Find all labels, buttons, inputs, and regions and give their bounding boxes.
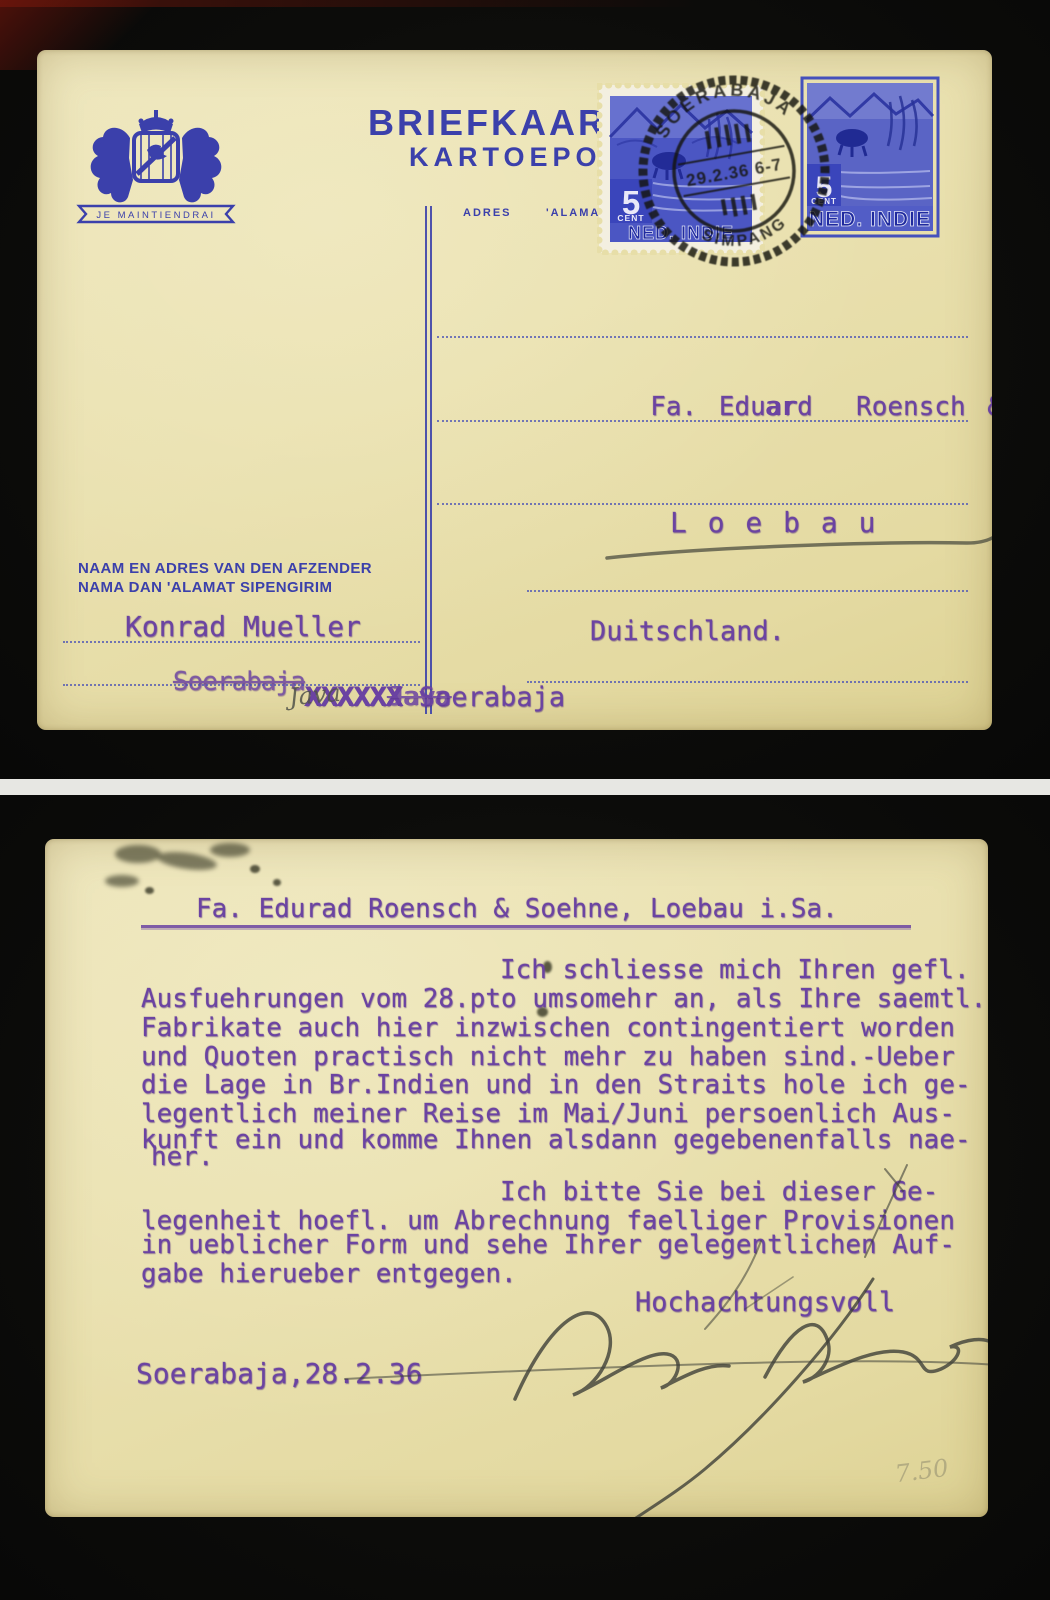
body-line: Ausfuehrungen vom 28.pto umsomehr an, al… [141, 984, 986, 1014]
body-line: und Quoten practisch nicht mehr zu haben… [141, 1042, 955, 1072]
ink-speck [250, 865, 260, 873]
body-line: in ueblicher Form und sehe Ihrer gelegen… [141, 1230, 955, 1260]
back-header: Fa. Edurad Roensch & Soehne, Loebau i.Sa… [196, 894, 838, 924]
motto-text: JE MAINTIENDRAI [96, 210, 215, 221]
back-scan: Fa. Edurad Roensch & Soehne, Loebau i.Sa… [0, 795, 1050, 1600]
postcard-front: JE MAINTIENDRAI BRIEFKAART KARTOEPOS ADR… [37, 50, 992, 730]
sender-rule-1 [63, 641, 420, 643]
sender-city-struck: Soerabaja [173, 667, 305, 697]
ink-smudge [210, 843, 250, 857]
address-rule-1 [437, 336, 968, 338]
body-line: gabe hierueber entgegen. [141, 1259, 517, 1289]
body-line: kunft ein und komme Ihnen alsdann gegebe… [141, 1125, 971, 1155]
coat-of-arms: JE MAINTIENDRAI [75, 108, 237, 226]
postcard-back: Fa. Edurad Roensch & Soehne, Loebau i.Sa… [45, 839, 988, 1517]
front-scan: JE MAINTIENDRAI BRIEFKAART KARTOEPOS ADR… [0, 0, 1050, 779]
card-title-malay: KARTOEPOS [409, 142, 625, 173]
ink-smudge [105, 875, 139, 887]
pencil-price-note: 7.50 [893, 1454, 949, 1488]
divider-line-left [425, 206, 427, 714]
addressee-post: d Roensch & Soehne [797, 392, 992, 422]
scan-red-strip [0, 0, 700, 7]
card-title-dutch: BRIEFKAART [368, 102, 632, 144]
back-header-underline [141, 925, 911, 928]
addressee-line: Fa. Eduard Roensch & Soehne [477, 362, 992, 452]
ink-smudge [156, 849, 218, 873]
body-line: die Lage in Br.Indien und in den Straits… [141, 1070, 971, 1100]
address-rule-5 [527, 681, 968, 683]
adres-label: ADRES [463, 207, 512, 219]
closing: Hochachtungsvoll [635, 1287, 895, 1318]
address-rule-4 [527, 590, 968, 592]
ink-smudge [115, 845, 161, 863]
address-rule-3 [437, 503, 968, 505]
sender-label-malay: NAMA DAN 'ALAMAT SIPENGIRIM [78, 579, 332, 596]
body-line: Ich schliesse mich Ihren gefl. [500, 955, 970, 985]
body-line: her. [151, 1142, 214, 1172]
postmark: SOERABAJA SIMPANG 29.2.36 6-7 [628, 65, 840, 277]
scan-separator [0, 779, 1050, 795]
ink-speck [145, 887, 154, 894]
addressee-city: L o e b a u [670, 506, 877, 539]
body-line: Ich bitte Sie bei dieser Ge- [500, 1177, 938, 1207]
island-typed-struck: Java [388, 682, 451, 712]
sender-name: Konrad Mueller [125, 610, 361, 643]
photo-canvas: JE MAINTIENDRAI BRIEFKAART KARTOEPOS ADR… [0, 0, 1050, 1600]
addressee-country: Duitschland. [590, 616, 785, 647]
sender-rule-2 [63, 684, 420, 686]
body-line: Fabrikate auch hier inzwischen contingen… [141, 1013, 955, 1043]
divider-line-right [430, 206, 432, 714]
island-handwritten: Java [288, 679, 342, 711]
ink-speck [273, 879, 281, 886]
addressee-overstrike: ar [766, 392, 797, 422]
sender-label-dutch: NAAM EN ADRES VAN DEN AFZENDER [78, 560, 372, 577]
dateline: Soerabaja,28.2.36 [136, 1357, 423, 1390]
addressee-pre: Fa. Edu [650, 392, 766, 422]
addressee-region: i.Sa [932, 506, 992, 605]
address-labels: ADRES 'ALAMAT [463, 203, 608, 221]
